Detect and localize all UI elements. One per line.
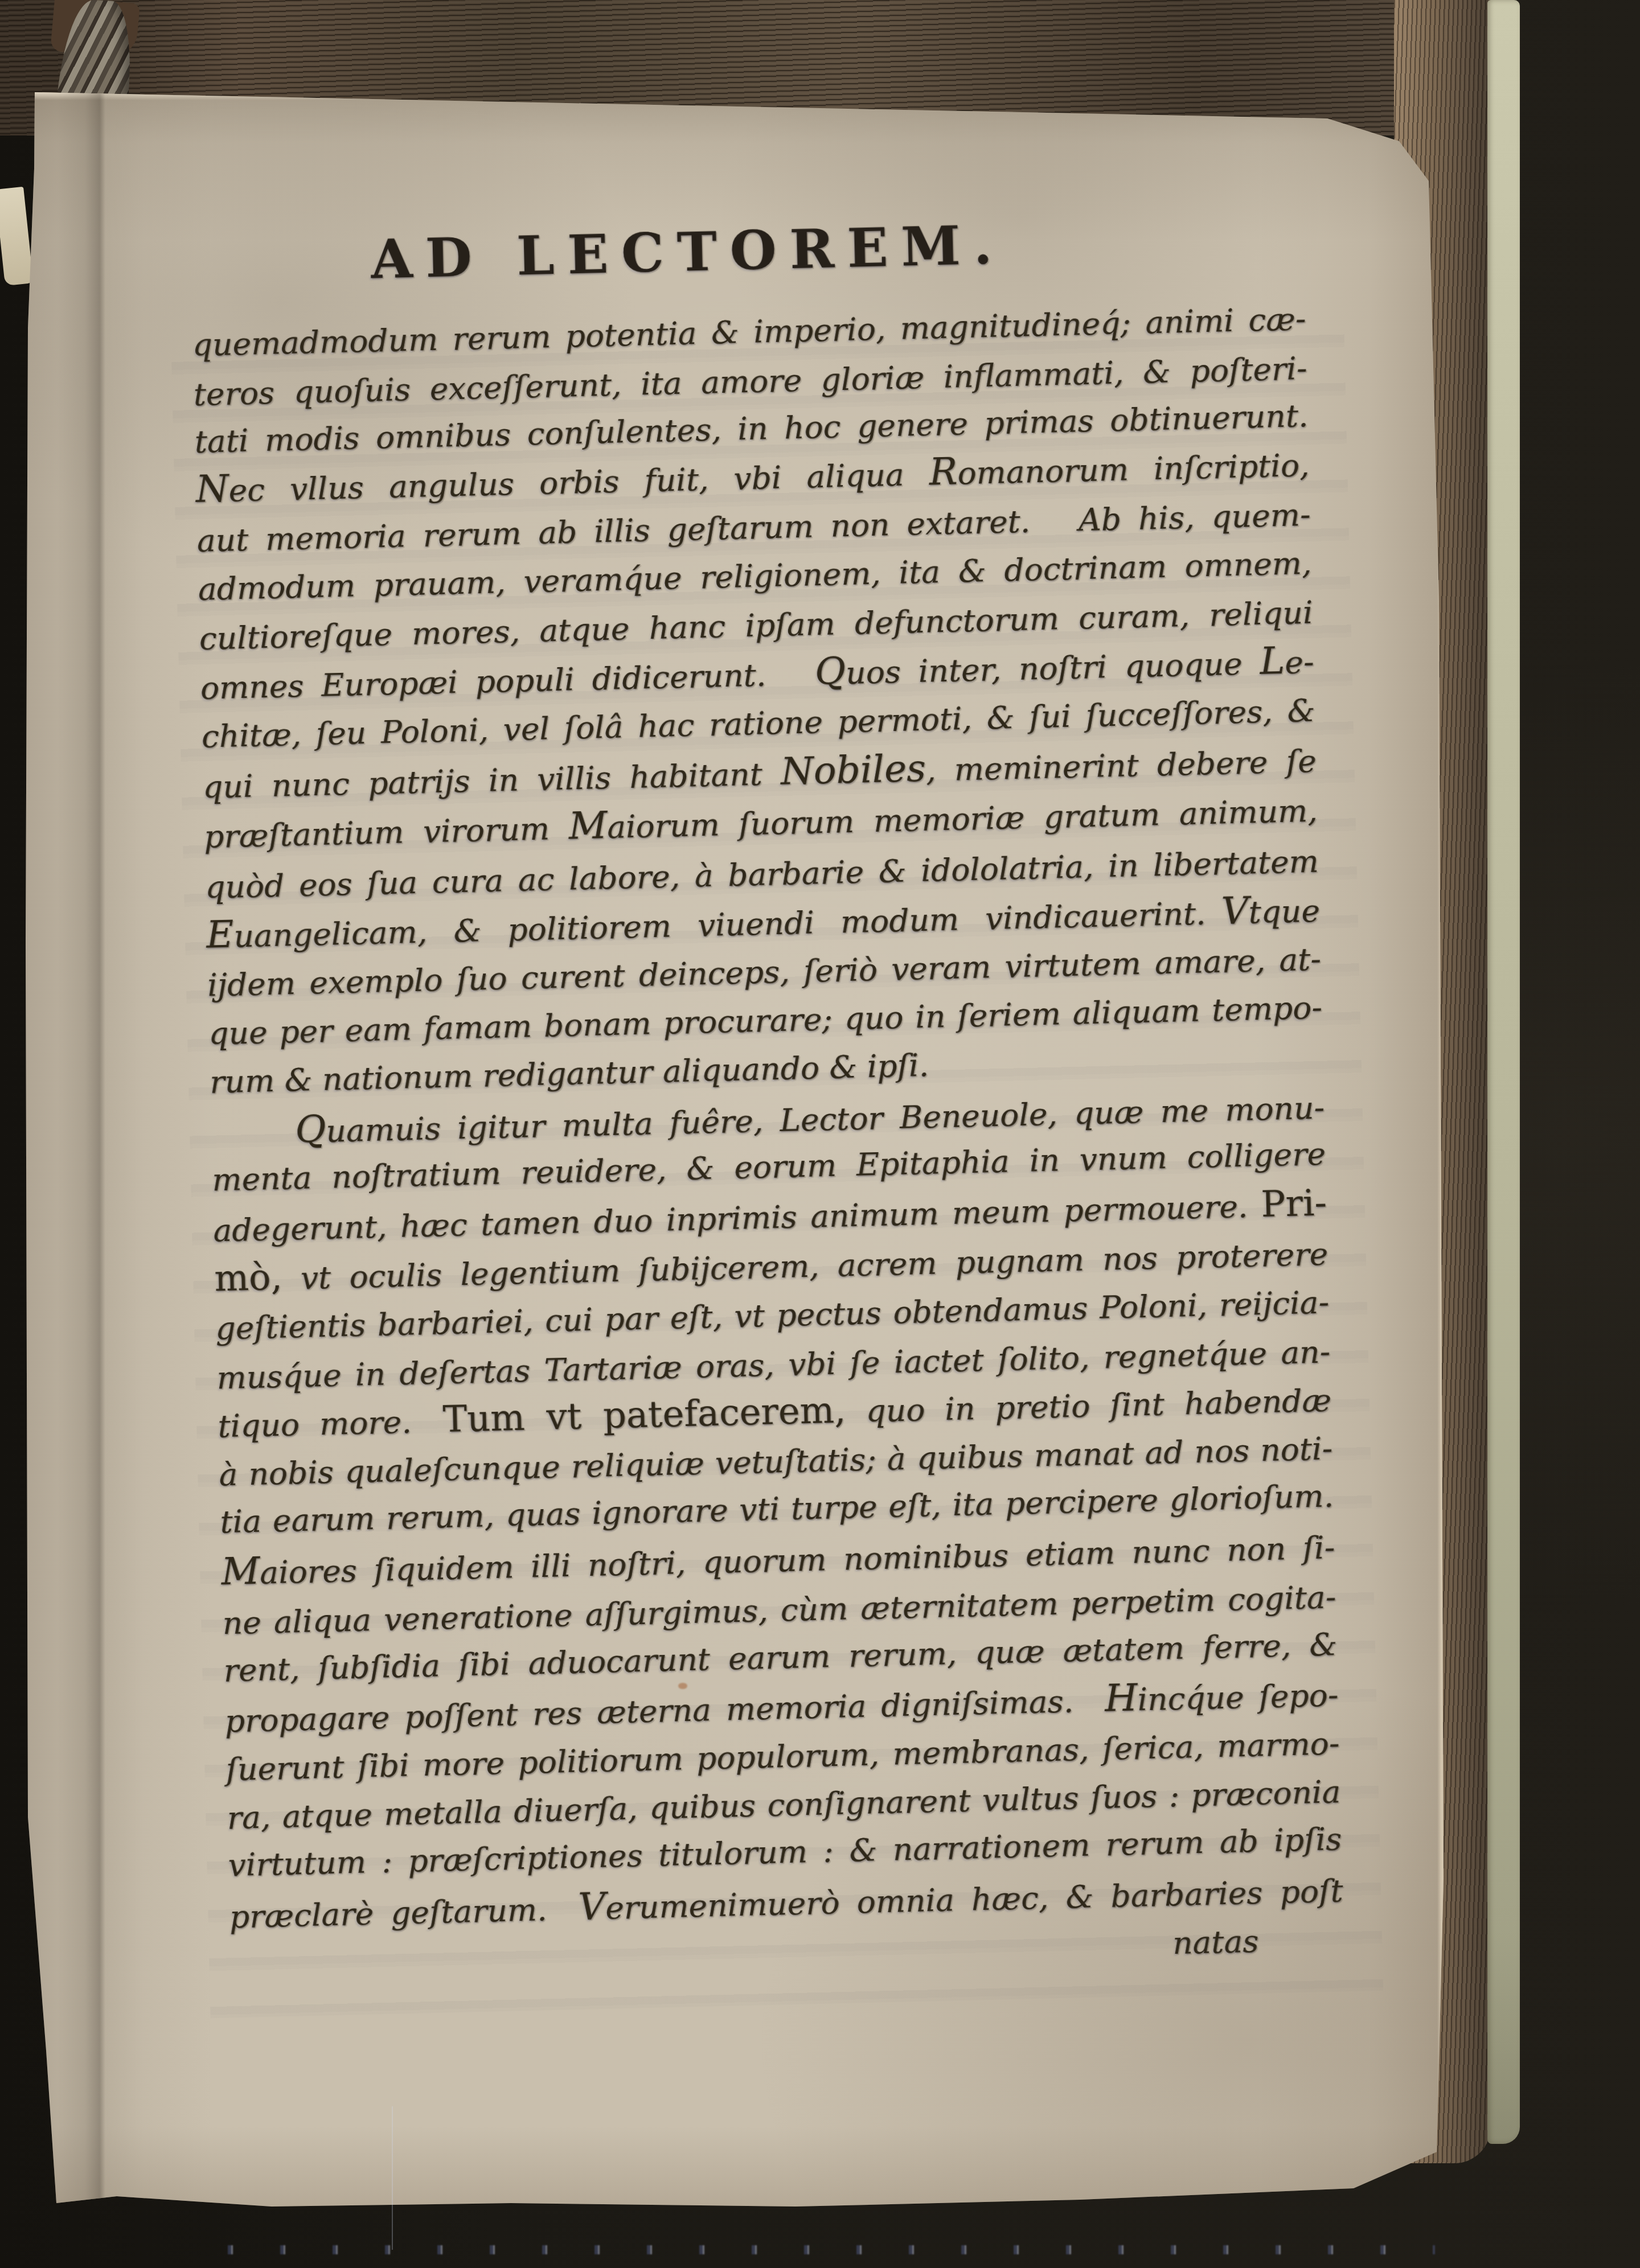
text-segment: qui nunc patrijs in villis habitant: [202, 755, 781, 806]
pastedown-sliver: [0, 187, 34, 286]
text-segment: uos inter, noſtri quoque: [845, 645, 1260, 691]
text-segment: Pri-: [1261, 1182, 1327, 1226]
text-segment: incq́ue ſepo-: [1137, 1677, 1339, 1718]
text-segment: natas: [1172, 1923, 1259, 1962]
text-segment: V: [578, 1884, 606, 1929]
text-segment: e-: [1285, 644, 1315, 681]
scan-background: AD LECTOREM. quemadmodum rerum potentia …: [0, 0, 1640, 2268]
text-segment: mò,: [214, 1256, 283, 1300]
text-segment: præclarè geſtarum.: [229, 1891, 579, 1935]
book-page: AD LECTOREM. quemadmodum rerum potentia …: [26, 89, 1446, 2211]
text-segment: , meminerint debere ſe: [925, 743, 1317, 788]
text-segment: H: [1104, 1676, 1138, 1720]
text-segment: Nobiles: [780, 746, 926, 794]
text-segment: tque: [1248, 893, 1321, 931]
text-segment: tiquo more.: [218, 1403, 444, 1444]
text-segment: quo in pretio ſint habendæ: [846, 1382, 1332, 1429]
text-segment: omanorum inſcriptio,: [957, 447, 1310, 492]
scan-artifact-line: [392, 2106, 393, 2250]
book-cover-edge: [1487, 0, 1520, 2144]
text-segment: M: [221, 1549, 260, 1594]
text-segment: V: [1221, 889, 1249, 933]
text-segment: omnes Europæi populi didicerunt.: [200, 655, 815, 706]
text-segment: L: [1260, 639, 1286, 683]
page-title: AD LECTOREM.: [130, 203, 1245, 302]
text-segment: N: [195, 467, 229, 511]
gutter-crease: [58, 89, 143, 2211]
text-segment: aiorum ſuorum memoriæ gratum animum,: [606, 792, 1318, 845]
text-segment: M: [568, 803, 608, 848]
text-segment: Q: [814, 649, 846, 693]
text-segment: Tum vt patefacerem,: [442, 1389, 847, 1441]
text-segment: E: [206, 913, 234, 957]
text-segment: præſtantium virorum: [203, 810, 569, 855]
text-block: AD LECTOREM. quemadmodum rerum potentia …: [190, 202, 1344, 1990]
text-lines: quemadmodum rerum potentia & imperio, ma…: [192, 295, 1345, 1990]
text-segment: ec vllus angulus orbis fuit, vbi aliqua: [228, 456, 930, 509]
text-segment: Q: [294, 1107, 326, 1152]
scan-noise-strip: [205, 2245, 1435, 2254]
text-segment: R: [929, 449, 958, 494]
